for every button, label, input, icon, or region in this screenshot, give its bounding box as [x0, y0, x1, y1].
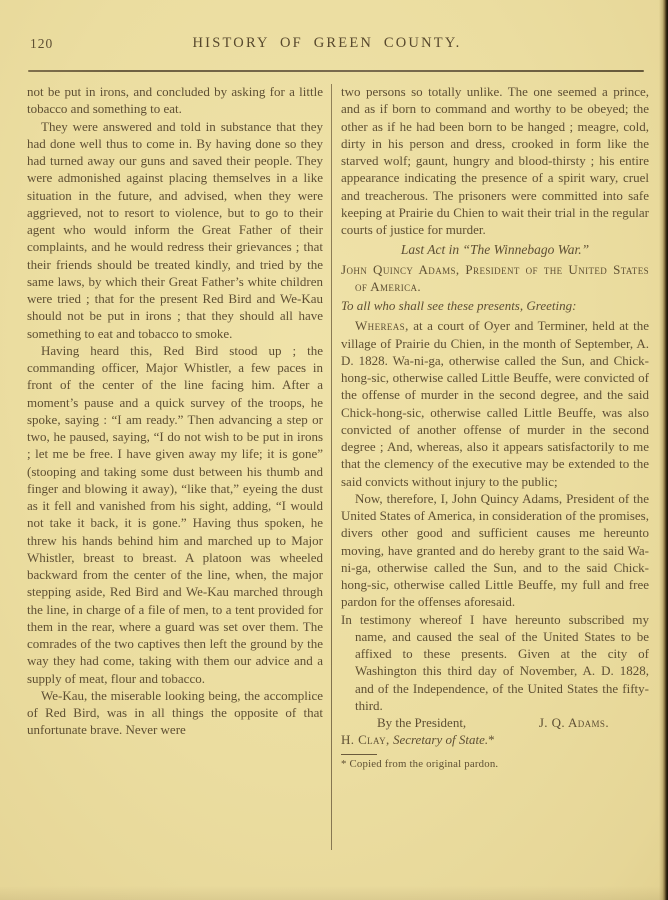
page-bottom-shade — [0, 886, 668, 900]
column-divider — [331, 84, 332, 850]
testimony-paragraph: In testimony whereof I have hereunto sub… — [341, 611, 649, 715]
whereas-word: Whereas, — [355, 318, 409, 333]
paragraph: Now, therefore, I, John Quincy Adams, Pr… — [341, 490, 649, 611]
footnote-mark: * — [488, 732, 495, 747]
addressee-line: John Quincy Adams, President of the Unit… — [341, 261, 649, 296]
section-heading: Last Act in “The Winnebago War.” — [341, 241, 649, 258]
paragraph: two persons so totally unlike. The one s… — [341, 83, 649, 238]
footnote-rule — [341, 754, 377, 755]
left-column: not be put in irons, and concluded by as… — [27, 83, 323, 869]
paragraph: They were answered and told in substance… — [27, 118, 323, 342]
right-column: two persons so totally unlike. The one s… — [341, 83, 649, 869]
running-title: HISTORY OF GREEN COUNTY. — [0, 35, 654, 52]
paragraph: Whereas, at a court of Oyer and Terminer… — [341, 317, 649, 490]
signature-row: By the President, J. Q. Adams. — [341, 714, 649, 731]
whereas-text: at a court of Oyer and Terminer, held at… — [341, 318, 649, 488]
secretary-title: Secretary of State. — [393, 732, 488, 747]
paragraph: not be put in irons, and concluded by as… — [27, 83, 323, 118]
salutation-line: To all who shall see these presents, Gre… — [341, 297, 649, 314]
header-rule — [28, 70, 644, 72]
footnote-text: * Copied from the original pardon. — [341, 758, 649, 771]
book-page: 120 HISTORY OF GREEN COUNTY. not be put … — [0, 0, 668, 900]
paragraph: We-Kau, the miserable looking being, the… — [27, 687, 323, 739]
paragraph: Having heard this, Red Bird stood up ; t… — [27, 342, 323, 687]
footnote-block: * Copied from the original pardon. — [341, 754, 649, 771]
secretary-line: H. Clay, Secretary of State.* — [341, 731, 649, 748]
president-signature: J. Q. Adams. — [539, 714, 609, 731]
page-edge-shadow — [659, 0, 668, 900]
by-president-label: By the President, — [377, 714, 466, 731]
secretary-name: H. Clay, — [341, 732, 390, 747]
